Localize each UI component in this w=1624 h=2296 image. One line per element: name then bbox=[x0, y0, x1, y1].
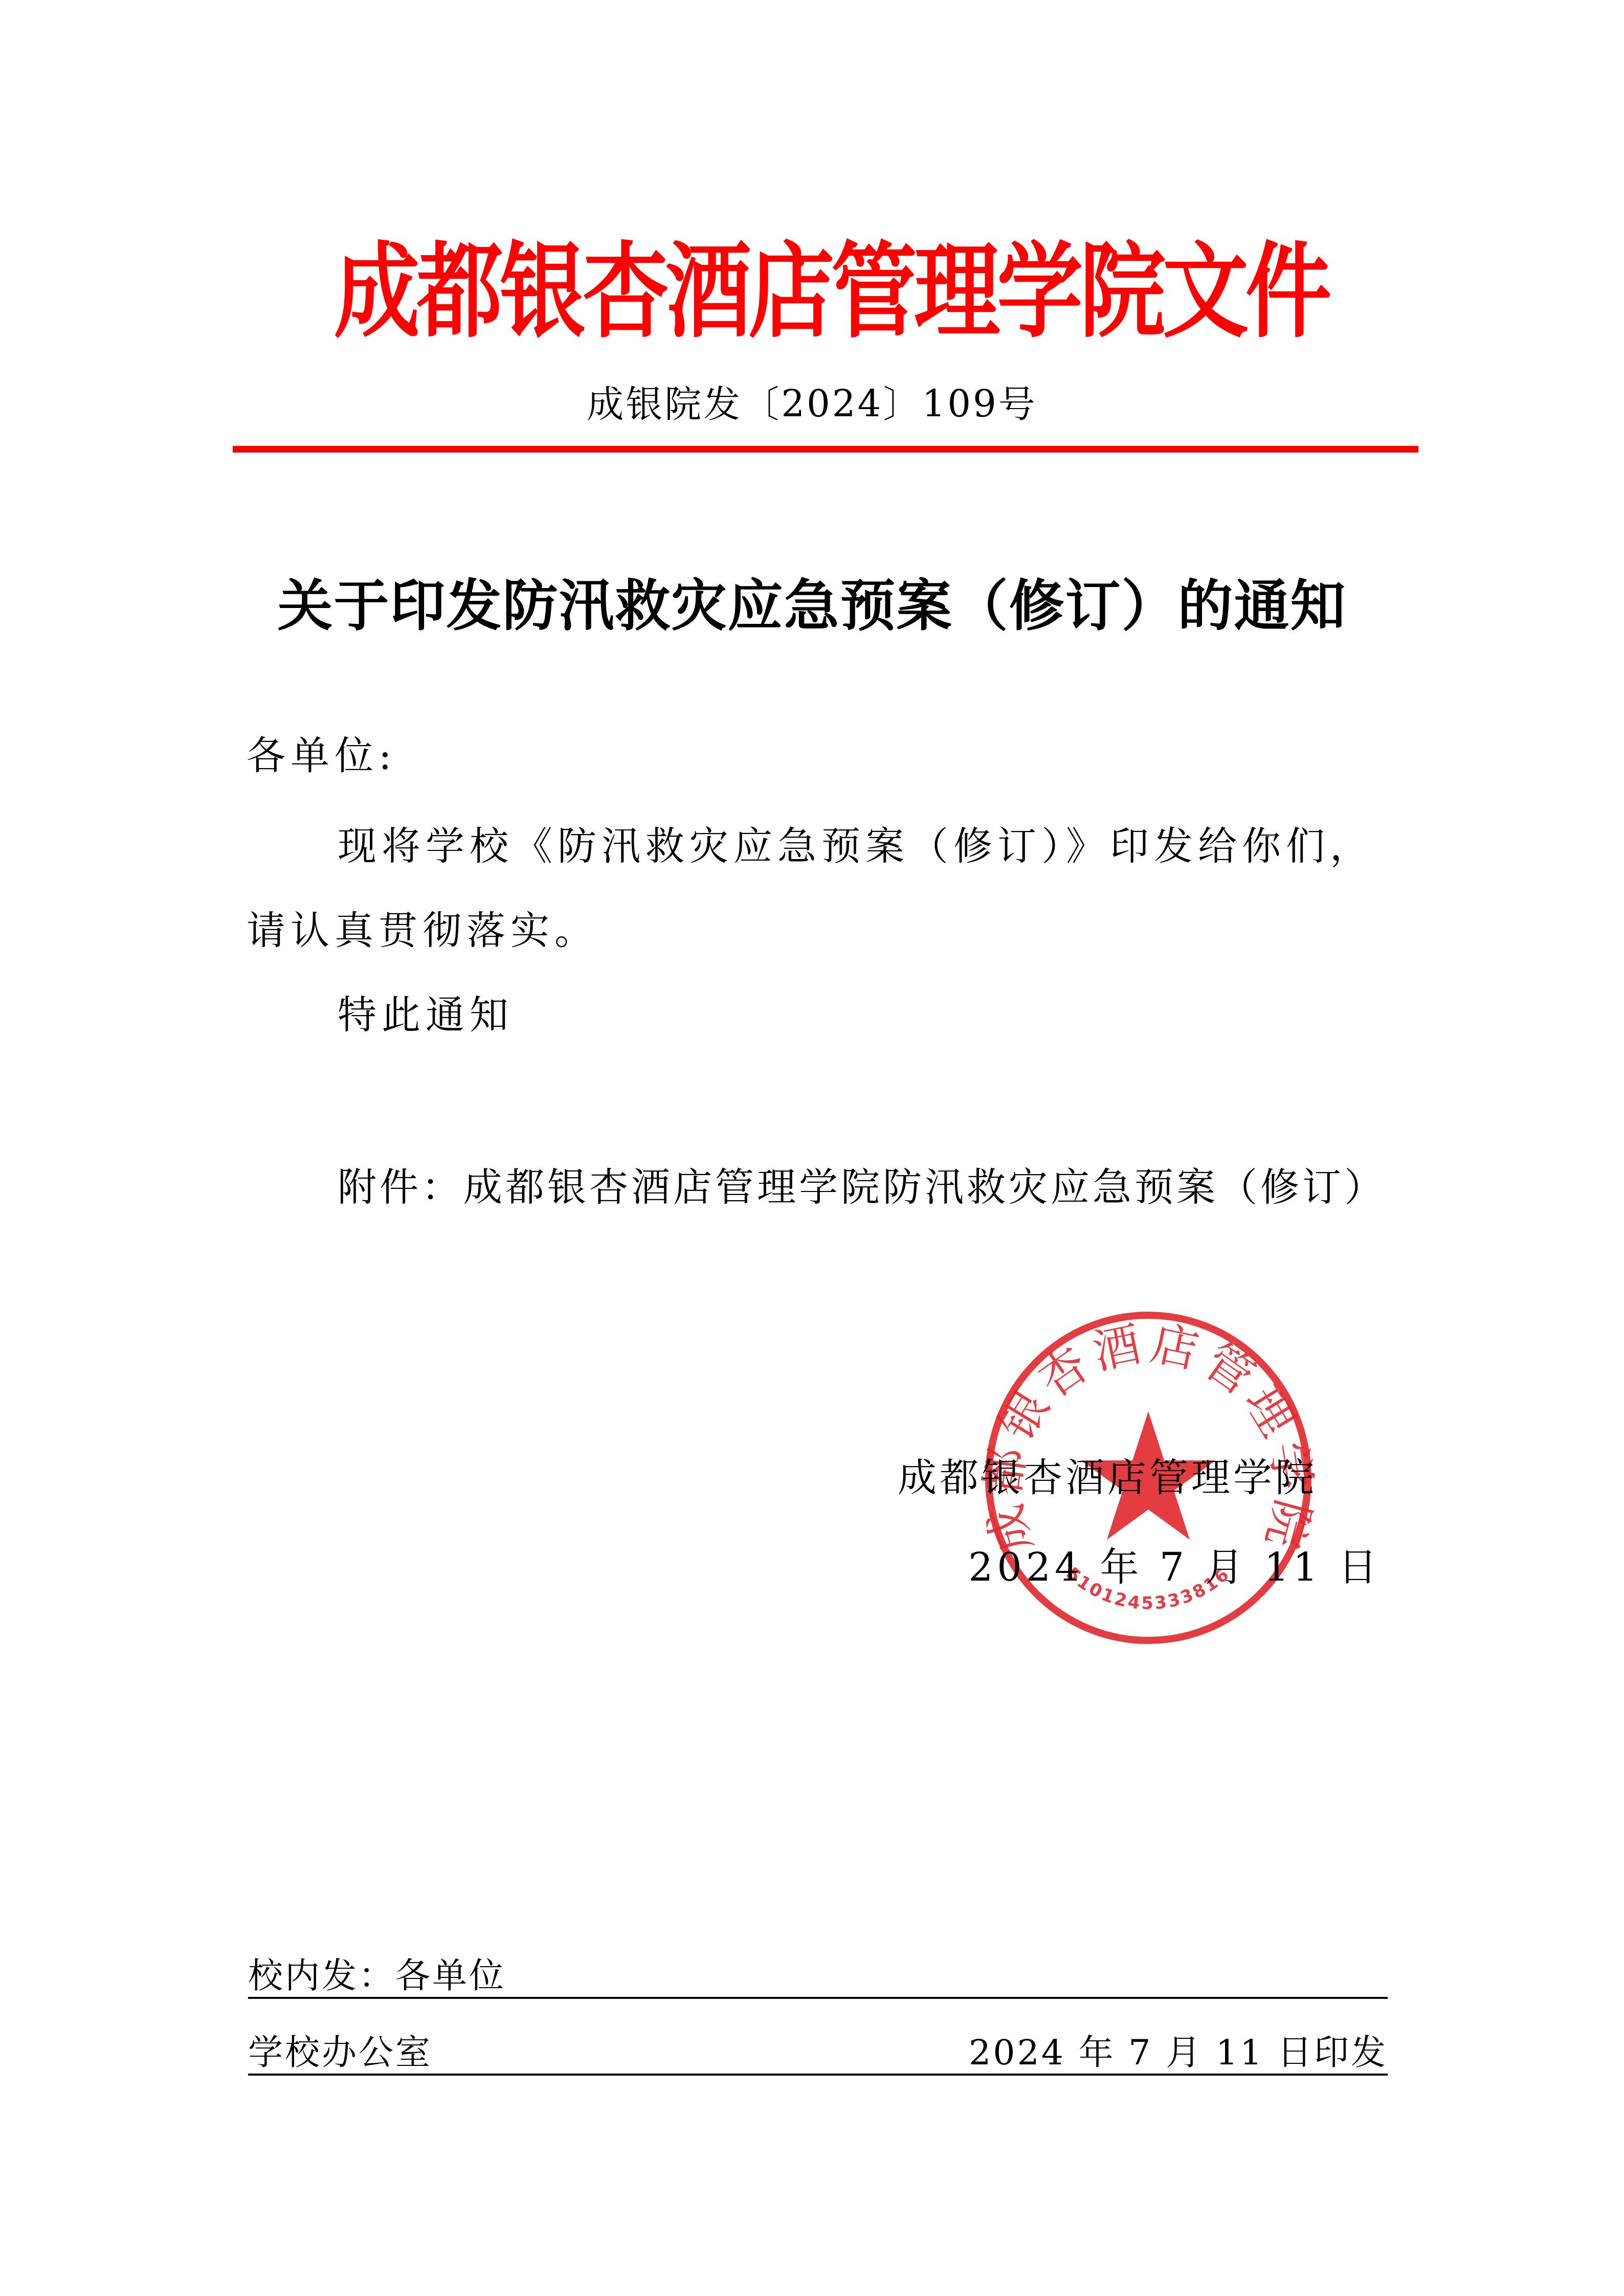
attachment-line: 附件：成都银杏酒店管理学院防汛救灾应急预案（修订） bbox=[338, 1162, 1386, 1213]
org-document-title: 成都银杏酒店管理学院文件 bbox=[246, 221, 1417, 362]
footer-distribution-row: 校内发：各单位 bbox=[248, 1956, 1388, 1999]
body-paragraph-line2: 请认真贯彻落实。 bbox=[247, 905, 598, 956]
notice-heading: 关于印发防汛救灾应急预案（修订）的通知 bbox=[0, 570, 1624, 642]
red-header-divider bbox=[233, 446, 1418, 453]
body-paragraph-line1: 现将学校《防汛救灾应急预案（修订）》印发给你们， bbox=[338, 821, 1374, 872]
salutation: 各单位: bbox=[247, 730, 397, 781]
footer-issue-date: 2024 年 7 月 11 日印发 bbox=[969, 2033, 1388, 2074]
signature-date: 2024 年 7 月 11 日 bbox=[968, 1542, 1381, 1593]
closing-text: 特此通知 bbox=[338, 989, 514, 1041]
footer-issuer: 学校办公室 bbox=[248, 2033, 432, 2073]
signature-organization: 成都银杏酒店管理学院 bbox=[898, 1452, 1317, 1503]
footer-distribution: 校内发：各单位 bbox=[248, 1956, 506, 1996]
footer-issuer-row: 学校办公室 2024 年 7 月 11 日印发 bbox=[248, 2033, 1388, 2076]
document-number: 成银院发〔2024〕109号 bbox=[0, 378, 1624, 430]
